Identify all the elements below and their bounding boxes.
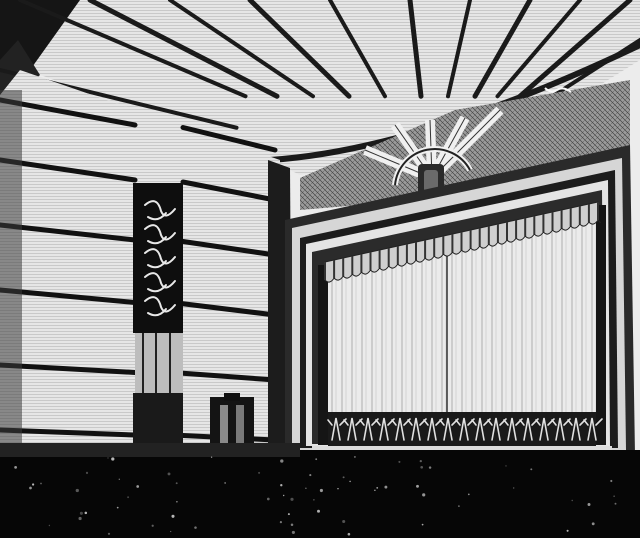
ornamental-wall-panel <box>133 183 183 453</box>
auditorium-floor <box>0 443 640 538</box>
decorative-footlight-border <box>312 412 612 450</box>
sketch-canvas <box>0 0 640 538</box>
theater-sketch <box>0 0 640 538</box>
